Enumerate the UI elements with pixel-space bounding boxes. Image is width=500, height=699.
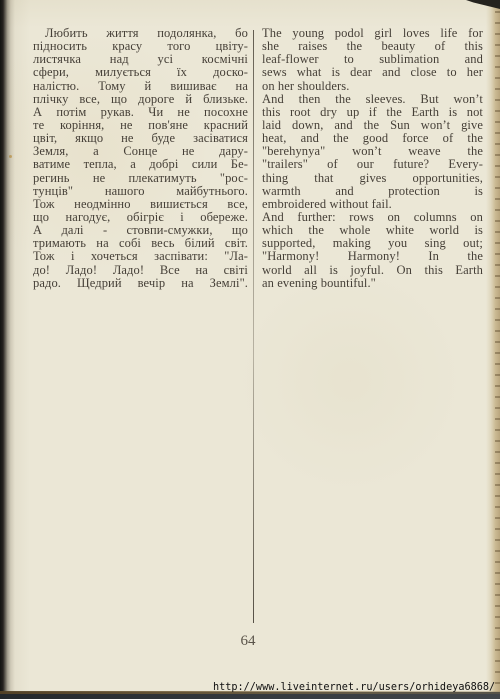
binding-shadow-left <box>0 0 15 694</box>
text-line: сфери, милується їх доско- <box>33 66 248 79</box>
text-line: до! Ладо! Ладо! Все на світі <box>33 264 248 277</box>
text-line: ватиме тепла, а добрі сили Бе- <box>33 158 248 171</box>
page-number: 64 <box>228 633 268 650</box>
text-line: тунців" нашого майбутнього. <box>33 185 248 198</box>
text-line: an evening bountiful." <box>262 277 483 290</box>
page-edge-speckles <box>495 0 500 692</box>
text-line: налістю. Тому й вишиває на <box>33 80 248 93</box>
text-line: And then the sleeves. But won’t <box>262 93 483 106</box>
text-line: плічку все, що дороге й близьке. <box>33 93 248 106</box>
text-line: Тож і хочеться заспівати: "Ла- <box>33 250 248 263</box>
text-line: "Harmony! Harmony! In the <box>262 250 483 263</box>
text-line: embroidered without fail. <box>262 198 483 211</box>
english-text-column: The young podol girl loves life forshe r… <box>262 27 483 290</box>
text-line: А потім рукав. Чи не посохне <box>33 106 248 119</box>
text-line: sews what is dear and close to her <box>262 66 483 79</box>
text-line: this root dry up if the Earth is not <box>262 106 483 119</box>
column-divider-rule <box>253 30 254 623</box>
scan-bottom-gap <box>0 694 500 699</box>
ukrainian-text-column: Любить життя подолянка, бопідносить крас… <box>33 27 248 290</box>
scanned-book-page: Любить життя подолянка, бопідносить крас… <box>0 0 500 699</box>
text-line: warmth and protection is <box>262 185 483 198</box>
text-line: world all is joyful. On this Earth <box>262 264 483 277</box>
text-line: Тож неодмінно вишиється все, <box>33 198 248 211</box>
text-line: регинь не плекатимуть "рос- <box>33 172 248 185</box>
text-line: радо. Щедрий вечір на Землі". <box>33 277 248 290</box>
text-line: thing that gives opportunities, <box>262 172 483 185</box>
watermark-url: http://www.liveinternet.ru/users/orhidey… <box>213 682 495 693</box>
text-line: on her shoulders. <box>262 80 483 93</box>
text-line: "trailers" of our future? Every- <box>262 158 483 171</box>
